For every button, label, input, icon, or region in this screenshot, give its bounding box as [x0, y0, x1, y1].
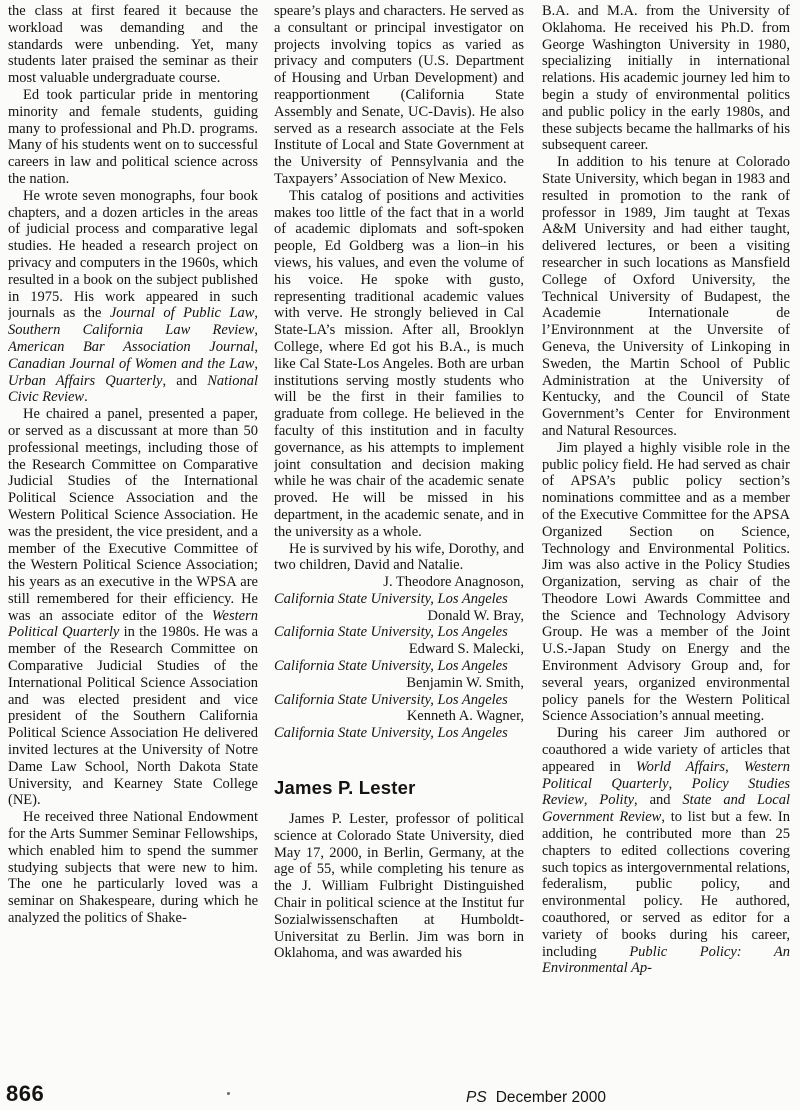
paragraph: Jim played a highly visible role in the …: [542, 440, 790, 726]
paragraph: In addition to his tenure at Colorado St…: [542, 154, 790, 440]
text-run: , to list but a few. In addition, he con…: [542, 809, 790, 959]
text-run: ,: [254, 305, 258, 321]
paragraph: B.A. and M.A. from the University of Okl…: [542, 3, 790, 154]
text-run: ,: [725, 759, 744, 775]
italic-text-run: Urban Affairs Quarterly: [8, 373, 162, 389]
italic-text-run: World Affairs: [636, 759, 725, 775]
signature-name: Donald W. Bray,: [274, 608, 524, 625]
italic-text-run: Southern California Law Review: [8, 322, 254, 338]
text-run: ,: [584, 792, 600, 808]
signature-affiliation: California State University, Los Angeles: [274, 658, 524, 675]
text-run: in the 1980s. He was a member of the Res…: [8, 624, 258, 808]
signature-affiliation: California State University, Los Angeles: [274, 624, 524, 641]
text-run: ,: [254, 339, 258, 355]
paragraph: speare’s plays and characters. He served…: [274, 3, 524, 188]
italic-text-run: American Bar Association Journal: [8, 339, 254, 355]
signature-affiliation: California State University, Los Angeles: [274, 725, 524, 742]
paragraph: During his career Jim authored or coauth…: [542, 725, 790, 977]
text-run: Jim played a highly visible role in the …: [542, 440, 790, 725]
paragraph: the class at first feared it because the…: [8, 3, 258, 87]
section-heading: James P. Lester: [274, 778, 524, 798]
text-run: Ed took particular pride in mentoring mi…: [8, 87, 258, 187]
paragraph: Ed took particular pride in mentoring mi…: [8, 87, 258, 188]
scan-artifact-dot: [227, 1092, 230, 1095]
signature-name: J. Theodore Anagnoson,: [274, 574, 524, 591]
page-number: 866: [6, 1081, 44, 1107]
signature-name: Benjamin W. Smith,: [274, 675, 524, 692]
text-run: ,: [669, 776, 692, 792]
italic-text-run: Polity: [599, 792, 634, 808]
text-run: ,: [254, 322, 258, 338]
italic-text-run: Journal of Public Law: [110, 305, 255, 321]
paragraph: He chaired a panel, presented a paper, o…: [8, 406, 258, 809]
signature-affiliation: California State University, Los Angeles: [274, 692, 524, 709]
journal-footer-line: PSDecember 2000: [466, 1089, 606, 1107]
text-run: ,: [254, 356, 258, 372]
page-footer: 866 PSDecember 2000: [0, 1078, 800, 1110]
signature-name: Kenneth A. Wagner,: [274, 708, 524, 725]
text-run: In addition to his tenure at Colorado St…: [542, 154, 790, 439]
text-run: , and: [162, 373, 207, 389]
text-run: He chaired a panel, presented a paper, o…: [8, 406, 258, 624]
obituary-column-1: the class at first feared it because the…: [8, 3, 258, 1083]
text-run: He is survived by his wife, Dorothy, and…: [274, 541, 524, 574]
journal-name: PS: [466, 1089, 487, 1106]
text-run: speare’s plays and characters. He served…: [274, 3, 524, 187]
issue-date: December 2000: [496, 1089, 606, 1106]
paragraph: He received three National Endowment for…: [8, 809, 258, 927]
text-run: B.A. and M.A. from the University of Okl…: [542, 3, 790, 153]
paragraph: This catalog of positions and activities…: [274, 188, 524, 541]
text-run: , and: [634, 792, 682, 808]
paragraph: He is survived by his wife, Dorothy, and…: [274, 541, 524, 575]
obituary-column-2: speare’s plays and characters. He served…: [274, 3, 524, 1083]
signature-affiliation: California State University, Los Angeles: [274, 591, 524, 608]
paragraph: James P. Lester, professor of political …: [274, 811, 524, 962]
text-run: .: [84, 389, 88, 405]
paragraph: He wrote seven monographs, four book cha…: [8, 188, 258, 406]
signature-name: Edward S. Malecki,: [274, 641, 524, 658]
obituary-column-3: B.A. and M.A. from the University of Okl…: [542, 3, 790, 1083]
text-run: the class at first feared it because the…: [8, 3, 258, 86]
text-run: James P. Lester, professor of political …: [274, 811, 524, 961]
text-run: This catalog of positions and activities…: [274, 188, 524, 540]
text-run: He wrote seven monographs, four book cha…: [8, 188, 258, 322]
italic-text-run: Canadian Journal of Women and the Law: [8, 356, 254, 372]
text-run: He received three National Endowment for…: [8, 809, 258, 926]
